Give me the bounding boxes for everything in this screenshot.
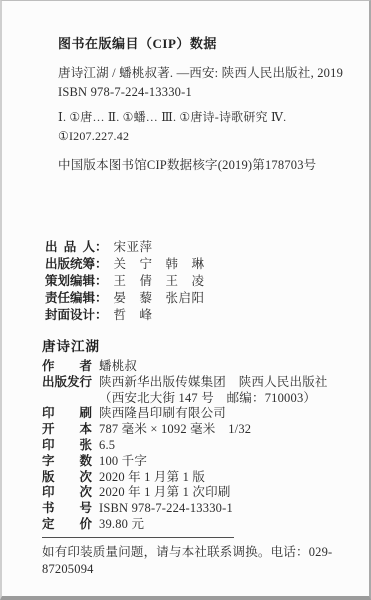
staff-colon: ： <box>95 239 108 256</box>
colophon-value: ISBN 978-7-224-13330-1 <box>99 501 233 517</box>
colophon-value: 6.5 <box>99 438 115 454</box>
staff-credits-block: 出品人： 宋亚萍 出版统筹： 关 宁 韩 琳 策划编辑： 王 倩 王 凌 责任编… <box>45 239 205 324</box>
staff-colon: ： <box>95 273 108 290</box>
colophon-label: 定价 <box>42 517 92 533</box>
colophon-label: 版次 <box>42 470 92 486</box>
colophon-row-isbn: 书号 ISBN 978-7-224-13330-1 <box>42 501 342 517</box>
colophon-label: 印刷 <box>42 406 92 422</box>
colophon-value: 100 千字 <box>99 454 147 470</box>
staff-row-coordinators: 出版统筹： 关 宁 韩 琳 <box>45 256 205 273</box>
book-title: 唐诗江湖 <box>42 335 100 355</box>
staff-role-label: 出版统筹 <box>45 256 95 273</box>
quality-notice: 如有印装质量问题，请与本社联系调换。电话：029-87205094 <box>42 544 369 578</box>
colophon-label: 字数 <box>42 454 92 470</box>
staff-row-cover-designer: 封面设计： 哲 峰 <box>45 307 205 324</box>
staff-role-label: 封面设计 <box>45 307 95 324</box>
colophon-row-price: 定价 39.80 元 <box>42 517 342 533</box>
staff-colon: ： <box>95 256 108 273</box>
colophon-value: 2020 年 1 月第 1 版 <box>99 470 205 486</box>
colophon-label: 印张 <box>42 438 92 454</box>
staff-colon: ： <box>95 307 108 324</box>
footer-divider <box>42 537 234 538</box>
colophon-value: 陕西新华出版传媒集团 陕西人民出版社 <box>99 375 328 391</box>
colophon-row-printer: 印刷 陕西隆昌印刷有限公司 <box>42 406 342 422</box>
cip-heading: 图书在版编目（CIP）数据 <box>58 35 348 53</box>
staff-row-responsible-editors: 责任编辑： 晏 藜 张启阳 <box>45 290 205 307</box>
colophon-label: 开本 <box>42 422 92 438</box>
staff-role-label: 责任编辑 <box>45 290 95 307</box>
colophon-value: 陕西隆昌印刷有限公司 <box>99 406 226 422</box>
colophon-value: 2020 年 1 月第 1 次印刷 <box>99 485 231 501</box>
staff-role-label: 策划编辑 <box>45 273 95 290</box>
colophon-label: 书号 <box>42 501 92 517</box>
colophon-row-printing: 印次 2020 年 1 月第 1 次印刷 <box>42 485 342 501</box>
staff-role-label: 出品人 <box>45 239 95 256</box>
staff-name-value: 宋亚萍 <box>114 239 153 256</box>
cip-title-statement: 唐诗江湖 / 蟠桃叔著. —西安: 陕西人民出版社, 2019 <box>58 64 348 83</box>
staff-name-value: 王 倩 王 凌 <box>114 273 205 290</box>
colophon-row-author: 作者 蟠桃叔 <box>42 359 342 375</box>
staff-name-value: 哲 峰 <box>114 307 153 324</box>
cip-classification: Ⅰ. ①唐… Ⅱ. ①蟠… Ⅲ. ①唐诗-诗歌研究 Ⅳ. ①I207.227.4… <box>58 108 348 146</box>
colophon-value: 787 毫米 × 1092 毫米 1/32 <box>99 422 251 438</box>
colophon-label: 出版发行 <box>42 375 92 391</box>
copyright-page: 图书在版编目（CIP）数据 唐诗江湖 / 蟠桃叔著. —西安: 陕西人民出版社,… <box>0 0 371 600</box>
staff-name-value: 晏 藜 张启阳 <box>114 290 205 307</box>
staff-colon: ： <box>95 290 108 307</box>
colophon-block: 作者 蟠桃叔 出版发行 陕西新华出版传媒集团 陕西人民出版社 （西安北大街 14… <box>42 359 342 533</box>
colophon-row-word-count: 字数 100 千字 <box>42 454 342 470</box>
colophon-row-sheets: 印张 6.5 <box>42 438 342 454</box>
colophon-label: 作者 <box>42 359 92 375</box>
colophon-value: 39.80 元 <box>99 517 144 533</box>
staff-row-planning-editors: 策划编辑： 王 倩 王 凌 <box>45 273 205 290</box>
cip-isbn: ISBN 978-7-224-13330-1 <box>58 83 348 102</box>
colophon-row-format: 开本 787 毫米 × 1092 毫米 1/32 <box>42 422 342 438</box>
cip-record-number: 中国版本图书馆CIP数据核字(2019)第178703号 <box>58 156 348 175</box>
staff-name-value: 关 宁 韩 琳 <box>114 256 205 273</box>
colophon-label: 印次 <box>42 485 92 501</box>
colophon-row-edition: 版次 2020 年 1 月第 1 版 <box>42 470 342 486</box>
colophon-row-publisher: 出版发行 陕西新华出版传媒集团 陕西人民出版社 <box>42 375 342 391</box>
staff-row-producer: 出品人： 宋亚萍 <box>45 239 205 256</box>
colophon-row-publisher-address: （西安北大街 147 号 邮编：710003） <box>42 391 342 407</box>
colophon-value: 蟠桃叔 <box>99 359 137 375</box>
cip-data-block: 图书在版编目（CIP）数据 唐诗江湖 / 蟠桃叔著. —西安: 陕西人民出版社,… <box>58 35 348 175</box>
colophon-value: （西安北大街 147 号 邮编：710003） <box>99 391 316 407</box>
